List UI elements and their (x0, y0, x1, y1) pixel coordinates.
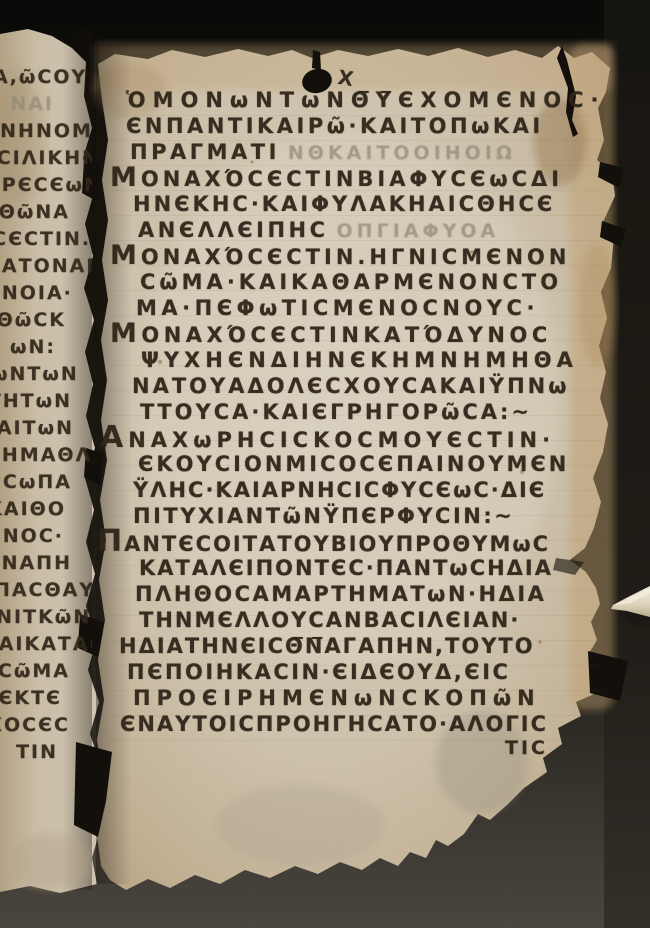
text-line: ΚΑΙΚΑΤΑC (0, 633, 84, 655)
text-line: CῶΜΑ·ΚΑΙΚΑΘΑΡΜЄΝΟΝCΤΟ (140, 270, 562, 294)
text-line: ΝΗΜΑΘΛῶΝ (0, 444, 84, 466)
text-line: ωΝ: (0, 336, 84, 358)
text-line: ΠΛΗΘΟCΑΜΑΡΤΗΜΑΤωΝ·ΗΔΙΑ (135, 582, 546, 606)
text-line: ωΝΑΠΗ (0, 552, 84, 574)
text-layer: Χ ὉΜΟΝωΝΤωΝΘ̅Υ̅ЄΧΟΜЄΝΟC· ЄΝΠΑΝΤΙΚΑΙΡῶ·ΚΑ… (0, 0, 650, 928)
catchword: ΤΙC (505, 736, 548, 760)
text-line: ΜΑ·ΠЄΦωΤΙCΜЄΝΟCΝΟΥC· (136, 296, 539, 320)
text-line: ΠΡΟЄΙΡΗΜЄΝωΝCΚΟΠῶΝ (133, 686, 541, 710)
text-line: ΟΝΗΝΟΜΟ (0, 120, 84, 142)
text-line: ΙCῶΜΑ (0, 660, 84, 682)
text-line: ЄΝΑΥΤΟΙCΠΡΟΗΓΗCΑΤΟ·ΑΛΟΓΙC (120, 712, 548, 736)
text-line: ΤΗΝΜЄΛΛΟΥCΑΝΒΑCΙΛЄΙΑΝ· (139, 608, 520, 632)
text-line: ΜΟΝΑΧΌCЄCΤΙΝΒΙΑΦΥCЄωCΔΙ (110, 166, 563, 191)
text-line: ΤΤΟΥCΑ·ΚΑΙЄΓΡΗΓΟΡῶCΑ:~ (140, 400, 532, 424)
text-line: ΠΑΝΤЄCΟΙΤΑΤΟΥΒΙΟΥΠΡΟΘΥΜωC (97, 530, 550, 556)
text-line: ΚΑΙΘΟ (0, 498, 84, 520)
text-line: ΑΝЄΛΛЄΙΠΗCΟΠΓΙΑΦΥΟΑ (138, 218, 499, 243)
text-line: ЄΝΠΑΝΤΙΚΑΙΡῶ·ΚΑΙΤΟΠωΚΑΙ (126, 114, 544, 138)
faded-text: ΝΑΙ (0, 93, 84, 115)
text-line: ΑΙΡЄCЄωΝ (0, 174, 84, 196)
text-line: ΠΡΑΓΜΑΤΙΝΘΚΑΙΤΟΟΙΗΟΙΩ (130, 140, 516, 165)
text-line: ЄΚΟΥCΙΟΝΜΙCΟCЄΠΑΙΝΟΥΜЄΝ (138, 452, 569, 476)
text-line: ΧΟCЄC (0, 714, 84, 736)
text-line: ΤΑ,ῶCΟΥ (0, 66, 84, 88)
text-line: ΚΑΙΤωΝ (0, 417, 84, 439)
text-line: ΫΛΗC·ΚΑΙΑΡΝΗCΙCΦΥCЄωC·ΔΙЄ (133, 478, 546, 502)
text-line: ΠΙΤΥΧΙΑΝΤῶΝΫΠЄΡΦΥCΙΝ:~ (133, 504, 514, 528)
text-line: ΠЄΠΟΙΗΚΑCΙΝ·ЄΙΔЄΟΥΔ,ЄΙC (127, 660, 510, 684)
text-line: ΗΝЄΚΗC·ΚΑΙΦΥΛΑΚΗΑΙCΘΗCЄ (133, 192, 555, 216)
text-line: ΡΘῶCΚ (0, 309, 84, 331)
text-line: ΑΝΑΧωΡΗCΙCΚΟCΜΟΥЄCΤΙΝ· (100, 426, 555, 452)
text-line: ΤΗΤωΝ (0, 390, 84, 412)
text-line: ЄΝΝΟΙΑ· (0, 282, 84, 304)
text-line: ΗΘῶΝΑ (0, 201, 84, 223)
text-line: ЄΝΟC· (0, 525, 84, 547)
text-line: ΟΝΙΤΚῶΝ (0, 606, 84, 628)
text-line: ΑCΙΛΙΚΗΝ (0, 147, 84, 169)
faded-text: ΝΘΚΑΙΤΟΟΙΗΟΙΩ (288, 142, 516, 164)
text-line: ΜΟΝΑΧΌCЄCΤΙΝ.ΗΓΝΙCΜЄΝΟΝ (110, 244, 570, 269)
text-line: ΤΙΝ (0, 741, 84, 763)
text-line: ΜΟΝΑΧΌCЄCΤΙΝΚΑΤΌΔΥΝΟC (110, 322, 552, 347)
text-line: ΚΑΤΑΛЄΙΠΟΝΤЄC·ΠΑΝΤωCΗΔΙΑ (139, 556, 553, 580)
text-line: ΟCЄCΤΙΝ. (0, 228, 84, 250)
text-line: ΨΥΧΗЄΝΔΙΗΝЄΚΗΜΝΗΜΗΘΑ (141, 348, 578, 372)
text-line: ὉΜΟΝωΝΤωΝΘ̅Υ̅ЄΧΟΜЄΝΟC· (126, 88, 606, 112)
text-line: ЄΚΤЄ (0, 687, 84, 709)
manuscript-photo: Χ ὉΜΟΝωΝΤωΝΘ̅Υ̅ЄΧΟΜЄΝΟC· ЄΝΠΑΝΤΙΚΑΙΡῶ·ΚΑ… (0, 0, 650, 928)
facing-folio-text: ΤΑ,ῶCΟΥ ΝΑΙ ΟΝΗΝΟΜΟ ΑCΙΛΙΚΗΝ ΑΙΡЄCЄωΝ ΗΘ… (0, 0, 92, 928)
faded-text: ΟΠΓΙΑΦΥΟΑ (337, 220, 500, 242)
text-line: ΗΔΙΑΤΗΝЄΙCΘ̅Ν̅ΑΓΑΠΗΝ,ΤΟΥΤΟ (119, 634, 535, 658)
text-line: ΝΑΤΟΥΑΔΟΛЄCΧΟΥCΑΚΑΙΫΠΝω (132, 374, 570, 398)
text-line: ЄCωΠΑ (0, 471, 84, 493)
text-line: CΠΑCΘΑΥ (0, 579, 84, 601)
text-line: ΝΑΤΟΝΑΝ̅ῶΝ (0, 255, 84, 277)
text-line: ΤωΝΤωΝ (0, 363, 84, 385)
